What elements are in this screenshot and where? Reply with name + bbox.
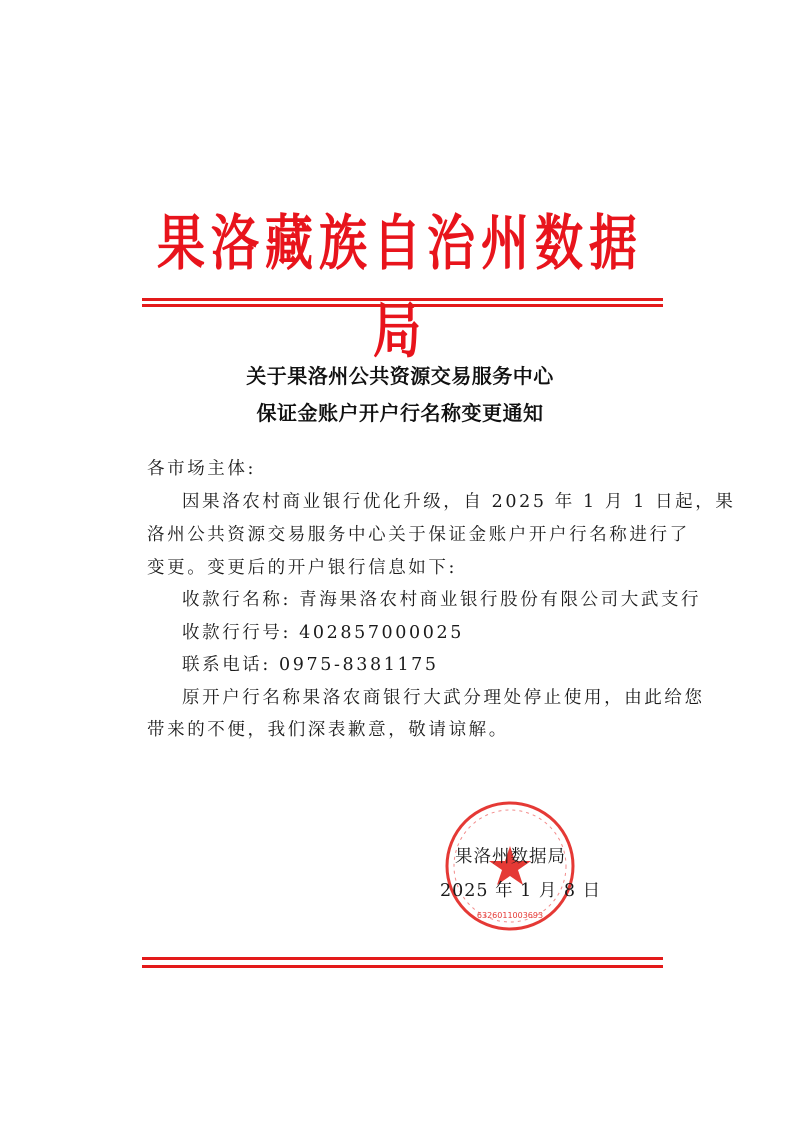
bank-code: 收款行行号: 402857000025 — [182, 619, 464, 644]
footer-rule-bottom — [142, 965, 663, 968]
issuer-masthead: 果洛藏族自治州数据局 — [140, 200, 660, 375]
svg-text:6326011003693: 6326011003693 — [477, 911, 543, 920]
footer-rule-top — [142, 957, 663, 960]
paragraph-2-line-1: 原开户行名称果洛农商银行大武分理处停止使用，由此给您 — [182, 684, 705, 709]
signature-date: 2025 年 1 月 8 日 — [440, 877, 601, 902]
header-rule-top — [142, 298, 663, 301]
header-rule-bottom — [142, 304, 663, 307]
paragraph-1-line-3: 变更。变更后的开户银行信息如下: — [147, 554, 457, 579]
notice-title-line2: 保证金账户开户行名称变更通知 — [150, 397, 650, 426]
salutation: 各市场主体: — [147, 455, 256, 480]
bank-name: 收款行名称: 青海果洛农村商业银行股份有限公司大武支行 — [182, 586, 701, 611]
paragraph-2-line-2: 带来的不便，我们深表歉意，敬请谅解。 — [147, 716, 509, 741]
signature-org: 果洛州数据局 — [455, 843, 566, 868]
paragraph-1-line-1: 因果洛农村商业银行优化升级，自 2025 年 1 月 1 日起，果 — [182, 488, 735, 513]
contact-phone: 联系电话: 0975-8381175 — [182, 651, 439, 676]
notice-title-line1: 关于果洛州公共资源交易服务中心 — [150, 360, 650, 389]
paragraph-1-line-2: 洛州公共资源交易服务中心关于保证金账户开户行名称进行了 — [147, 521, 690, 546]
